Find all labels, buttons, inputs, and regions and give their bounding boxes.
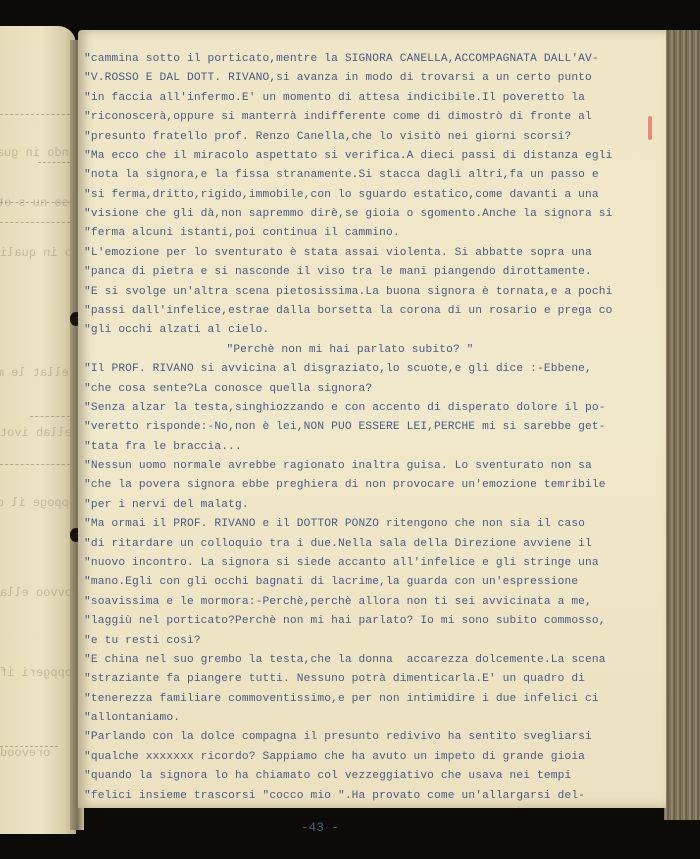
text-line: "straziante fa piangere tutti. Nessuno p…: [84, 672, 585, 686]
text-line: "che cosa sente?La conosce quella signor…: [84, 382, 372, 396]
bleed-through-text: oppgeri if: [0, 666, 76, 680]
bleed-through-dash: [30, 416, 70, 417]
text-line: "Il PROF. RIVANO si avvicina al disgrazi…: [84, 362, 592, 376]
text-line: "Ma ecco che il miracolo aspettato si ve…: [84, 149, 613, 163]
text-line: "Parlando con la dolce compagna il presu…: [84, 730, 592, 744]
text-line: "mano.Egli con gli occhi bagnati di lacr…: [84, 575, 578, 589]
text-line: "quando la signora lo ha chiamato col ve…: [84, 769, 571, 783]
text-line: "nuovo incontro. La signora si siede acc…: [84, 556, 599, 570]
text-line: "Nessun uomo normale avrebbe ragionato i…: [84, 459, 592, 473]
text-line: "E si svolge un'altra scena pietosissima…: [84, 285, 613, 299]
text-line: "laggiù nel porticato?Perchè non mi hai …: [84, 614, 606, 628]
text-line: "e tu resti così?: [84, 634, 201, 648]
page-number: -43 -: [0, 821, 640, 835]
bleed-through-dash: [0, 114, 70, 115]
bleed-through-text: oppoge il ol: [0, 496, 76, 510]
text-line: "tata fra le braccia...: [84, 440, 242, 454]
text-line: "tenerezza familiare commoventissimo,e p…: [84, 692, 599, 706]
bleed-through-dash: [0, 464, 70, 465]
text-line: "Senza alzar la testa,singhiozzando e co…: [84, 401, 606, 415]
text-line: "che la povera signora ebbe preghiera di…: [84, 478, 606, 492]
text-line: "si ferma,dritto,rigido,immobile,con lo …: [84, 188, 599, 202]
text-line: "gli occhi alzati al cielo.: [84, 323, 269, 337]
text-line: "soavissima e le mormora:-Perchè,perchè …: [84, 595, 592, 609]
text-line: "panca di pietra e si nasconde il viso t…: [84, 265, 592, 279]
bleed-through-dash: [0, 222, 70, 223]
text-line: "Ma ormai il PROF. RIVANO e il DOTTOR PO…: [84, 517, 585, 531]
text-line: "riconoscerà,oppure si manterrà indiffer…: [84, 110, 592, 124]
text-line: "nota la signora,e la fissa stranamente.…: [84, 168, 599, 182]
section-heading: "Perchè non mi hai parlato subito? ": [0, 343, 700, 357]
text-line: "qualche xxxxxxx ricordo? Sappiamo che h…: [84, 750, 585, 764]
text-line: "presunto fratello prof. Renzo Canella,c…: [84, 130, 571, 144]
bleed-through-text: orevood: [0, 746, 76, 760]
bleed-through-dash: [0, 746, 58, 747]
text-line: "passi dall'infelice,estrae dalla borset…: [84, 304, 613, 318]
bleed-through-text: ovvoo ella: [0, 586, 76, 600]
bleed-through-text: ondo in gua: [0, 146, 76, 160]
bleed-through-text: nellat le ma: [0, 366, 76, 380]
text-line: "in faccia all'infermo.E' un momento di …: [84, 91, 585, 105]
bleed-through-dash: [38, 162, 70, 163]
facing-left-page: ondo in gua oso nu s ot o in quali nella…: [0, 26, 76, 834]
text-line: "cammina sotto il porticato,mentre la SI…: [84, 52, 599, 66]
bleed-through-dash: [0, 202, 70, 203]
text-line: "L'emozione per lo sventurato è stata as…: [84, 246, 592, 260]
page-edges: [664, 30, 700, 820]
bleed-through-text: ellab ivot: [0, 426, 76, 440]
bleed-through-text: o in quali: [0, 246, 76, 260]
text-line: "E china nel suo grembo la testa,che la …: [84, 653, 606, 667]
text-line: "V.ROSSO E DAL DOTT. RIVANO,si avanza in…: [84, 71, 592, 85]
red-pencil-mark: [648, 116, 652, 140]
text-line: "veretto risponde:-No,non è lei,NON PUO …: [84, 420, 606, 434]
text-line: "di ritardare un colloquio tra i due.Nel…: [84, 537, 592, 551]
text-line: "ferma alcuni istanti,poi continua il ca…: [84, 226, 400, 240]
text-line: "allontaniamo.: [84, 711, 180, 725]
text-line: "felici insieme trascorsi "cocco mio ".H…: [84, 789, 585, 803]
text-line: "per i nervi del malatg.: [84, 498, 249, 512]
bleed-through-text: oso nu s ot: [0, 196, 76, 210]
text-line: "visione che gli dà,non sapremmo dirè,se…: [84, 207, 613, 221]
